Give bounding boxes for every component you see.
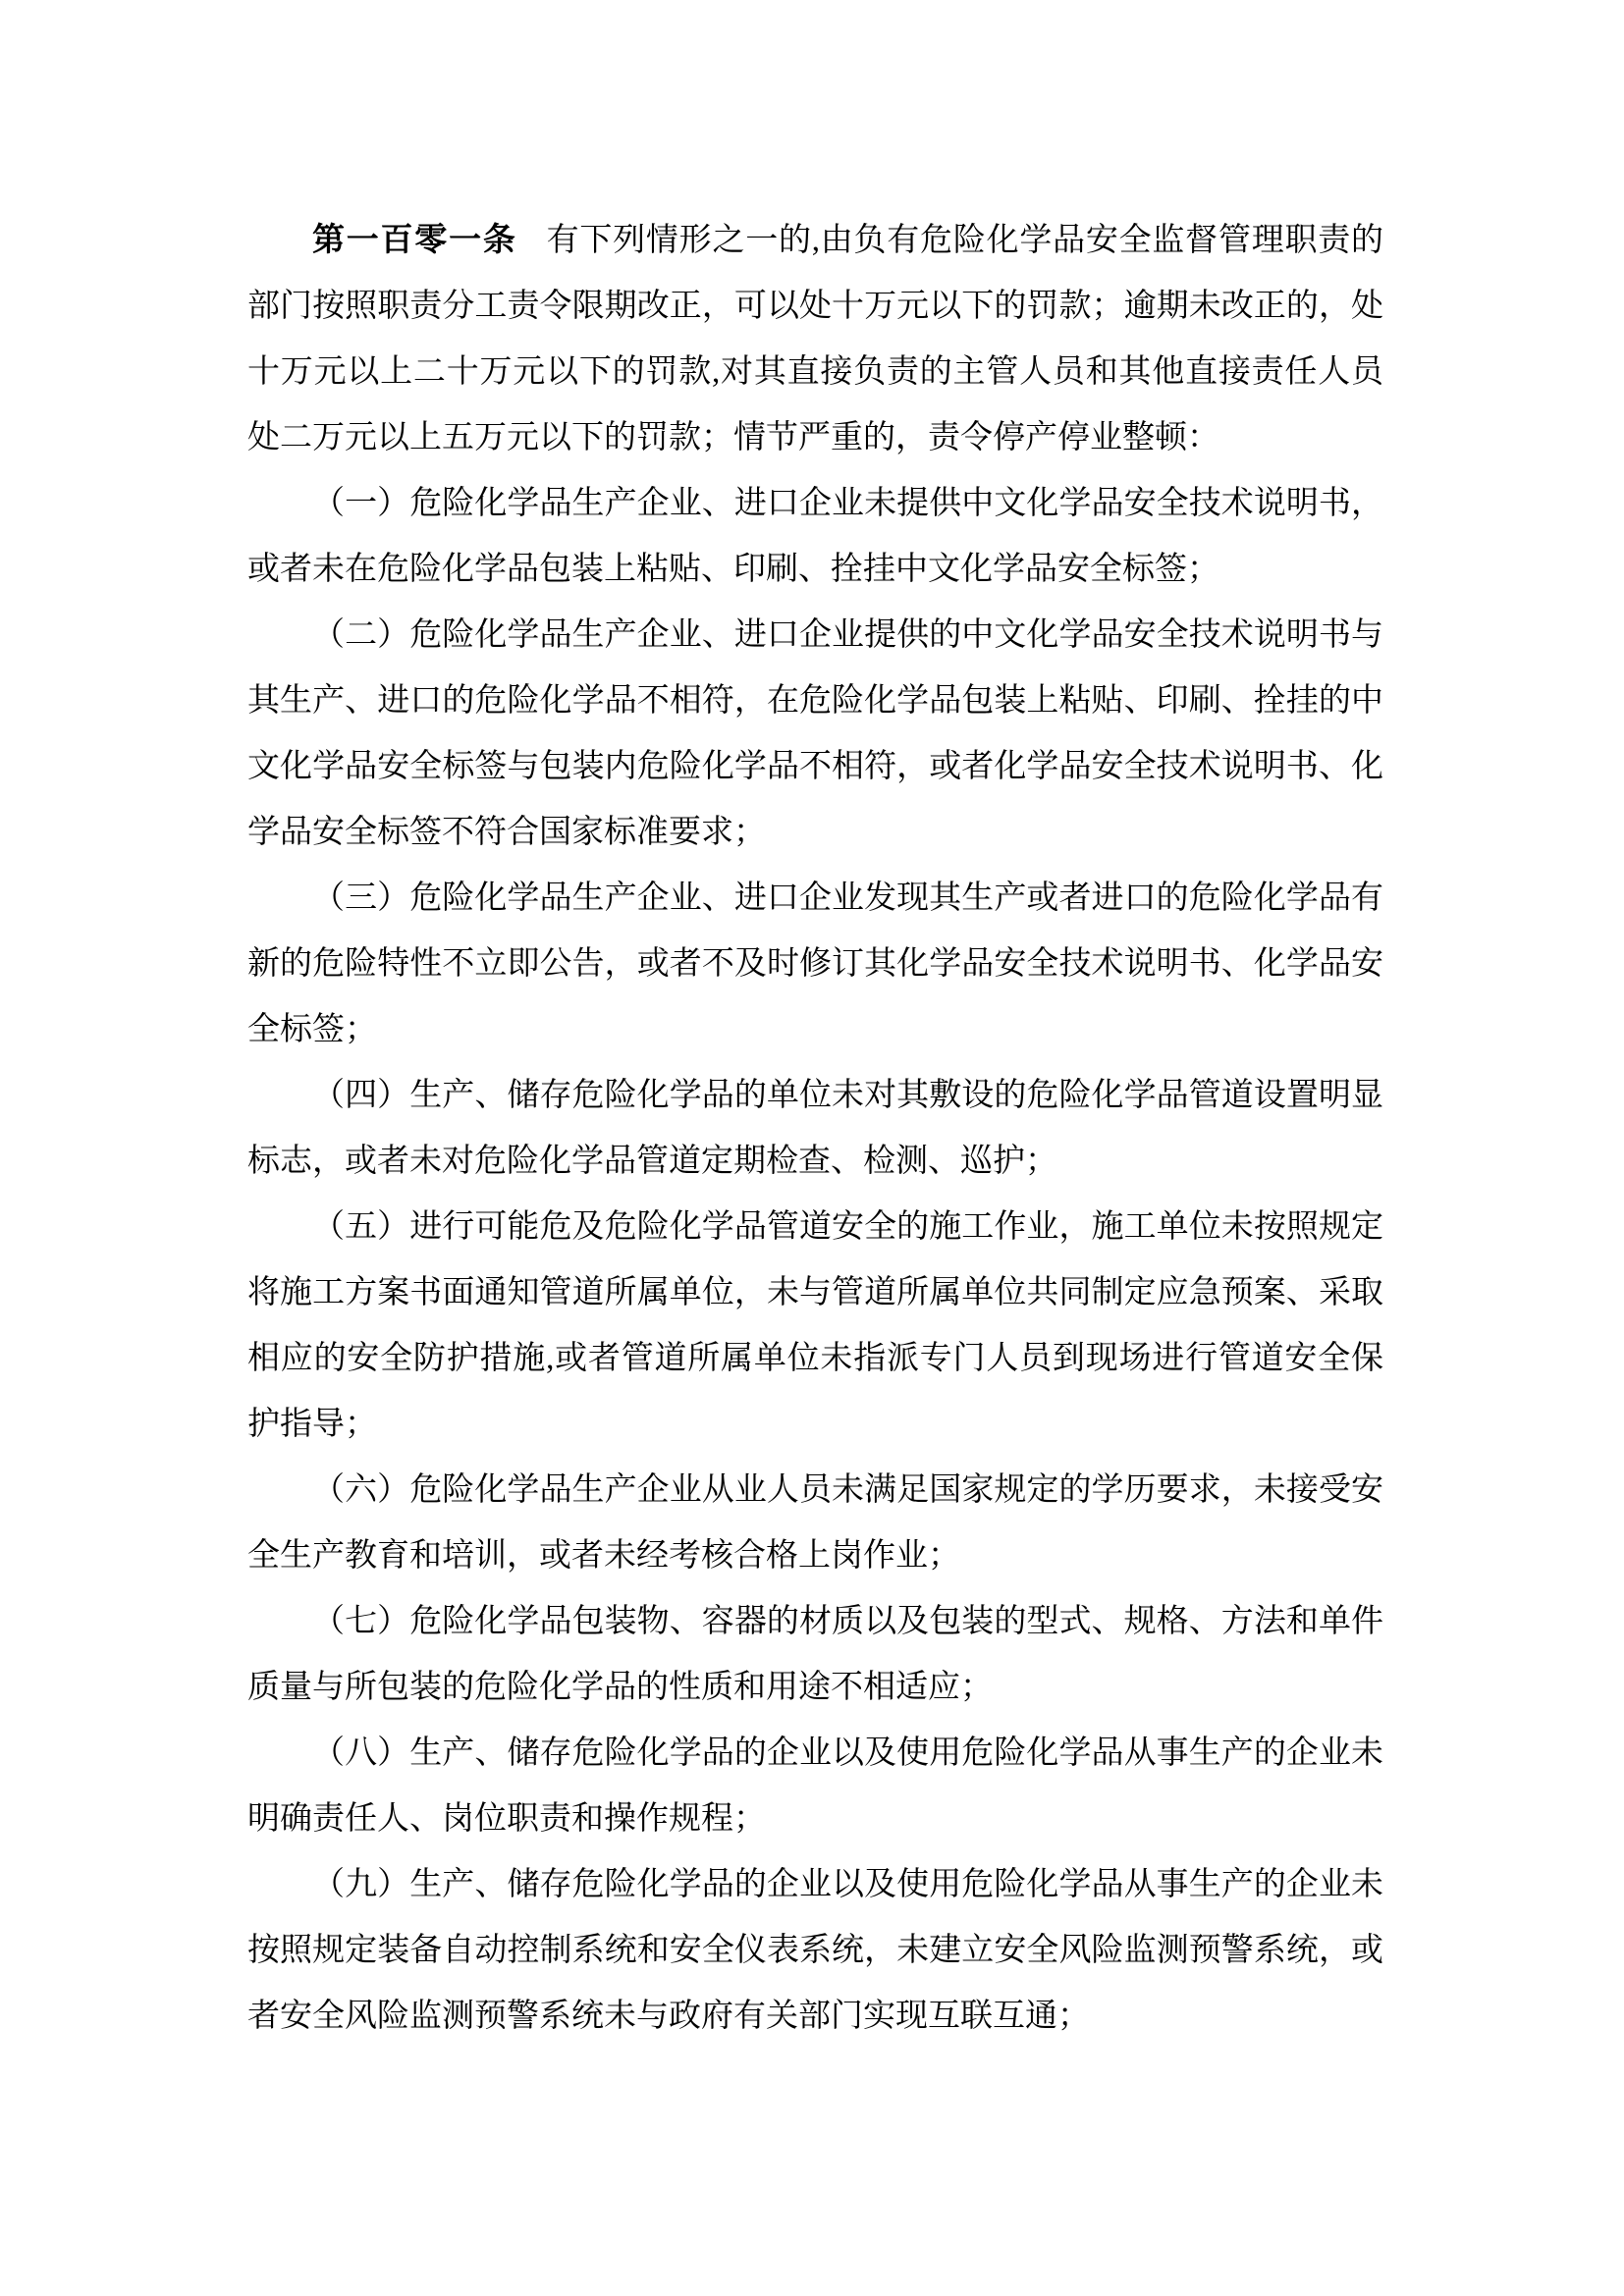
article-item: （五）进行可能危及危险化学品管道安全的施工作业，施工单位未按照规定将施工方案书面… bbox=[247, 1195, 1383, 1458]
article-item: （七）危险化学品包装物、容器的材质以及包装的型式、规格、方法和单件质量与所包装的… bbox=[247, 1589, 1383, 1721]
article-intro-paragraph: 第一百零一条有下列情形之一的,由负有危险化学品安全监督管理职责的部门按照职责分工… bbox=[247, 208, 1383, 471]
article-item-text: （八）生产、储存危险化学品的企业以及使用危险化学品从事生产的企业未明确责任人、岗… bbox=[247, 1735, 1383, 1837]
article-item: （六）危险化学品生产企业从业人员未满足国家规定的学历要求，未接受安全生产教育和培… bbox=[247, 1458, 1383, 1589]
article-item-text: （二）危险化学品生产企业、进口企业提供的中文化学品安全技术说明书与其生产、进口的… bbox=[247, 617, 1383, 850]
article-number: 第一百零一条 bbox=[312, 223, 517, 258]
article-items: （一）危险化学品生产企业、进口企业未提供中文化学品安全技术说明书，或者未在危险化… bbox=[247, 471, 1383, 2050]
article-item-text: （六）危险化学品生产企业从业人员未满足国家规定的学历要求，未接受安全生产教育和培… bbox=[247, 1472, 1383, 1574]
article-item-text: （三）危险化学品生产企业、进口企业发现其生产或者进口的危险化学品有新的危险特性不… bbox=[247, 881, 1383, 1047]
document-page: 第一百零一条有下列情形之一的,由负有危险化学品安全监督管理职责的部门按照职责分工… bbox=[0, 0, 1624, 2296]
article-item-text: （九）生产、储存危险化学品的企业以及使用危险化学品从事生产的企业未按照规定装备自… bbox=[247, 1867, 1383, 2034]
article-item: （三）危险化学品生产企业、进口企业发现其生产或者进口的危险化学品有新的危险特性不… bbox=[247, 866, 1383, 1063]
article-item-text: （四）生产、储存危险化学品的单位未对其敷设的危险化学品管道设置明显标志，或者未对… bbox=[247, 1078, 1383, 1179]
article-item-text: （一）危险化学品生产企业、进口企业未提供中文化学品安全技术说明书，或者未在危险化… bbox=[247, 486, 1383, 587]
article-item-text: （七）危险化学品包装物、容器的材质以及包装的型式、规格、方法和单件质量与所包装的… bbox=[247, 1604, 1383, 1705]
article-item: （一）危险化学品生产企业、进口企业未提供中文化学品安全技术说明书，或者未在危险化… bbox=[247, 471, 1383, 603]
article-item: （八）生产、储存危险化学品的企业以及使用危险化学品从事生产的企业未明确责任人、岗… bbox=[247, 1721, 1383, 1852]
article-item: （二）危险化学品生产企业、进口企业提供的中文化学品安全技术说明书与其生产、进口的… bbox=[247, 603, 1383, 866]
article-item: （四）生产、储存危险化学品的单位未对其敷设的危险化学品管道设置明显标志，或者未对… bbox=[247, 1063, 1383, 1195]
article-item-text: （五）进行可能危及危险化学品管道安全的施工作业，施工单位未按照规定将施工方案书面… bbox=[247, 1209, 1383, 1442]
article-item: （九）生产、储存危险化学品的企业以及使用危险化学品从事生产的企业未按照规定装备自… bbox=[247, 1852, 1383, 2050]
